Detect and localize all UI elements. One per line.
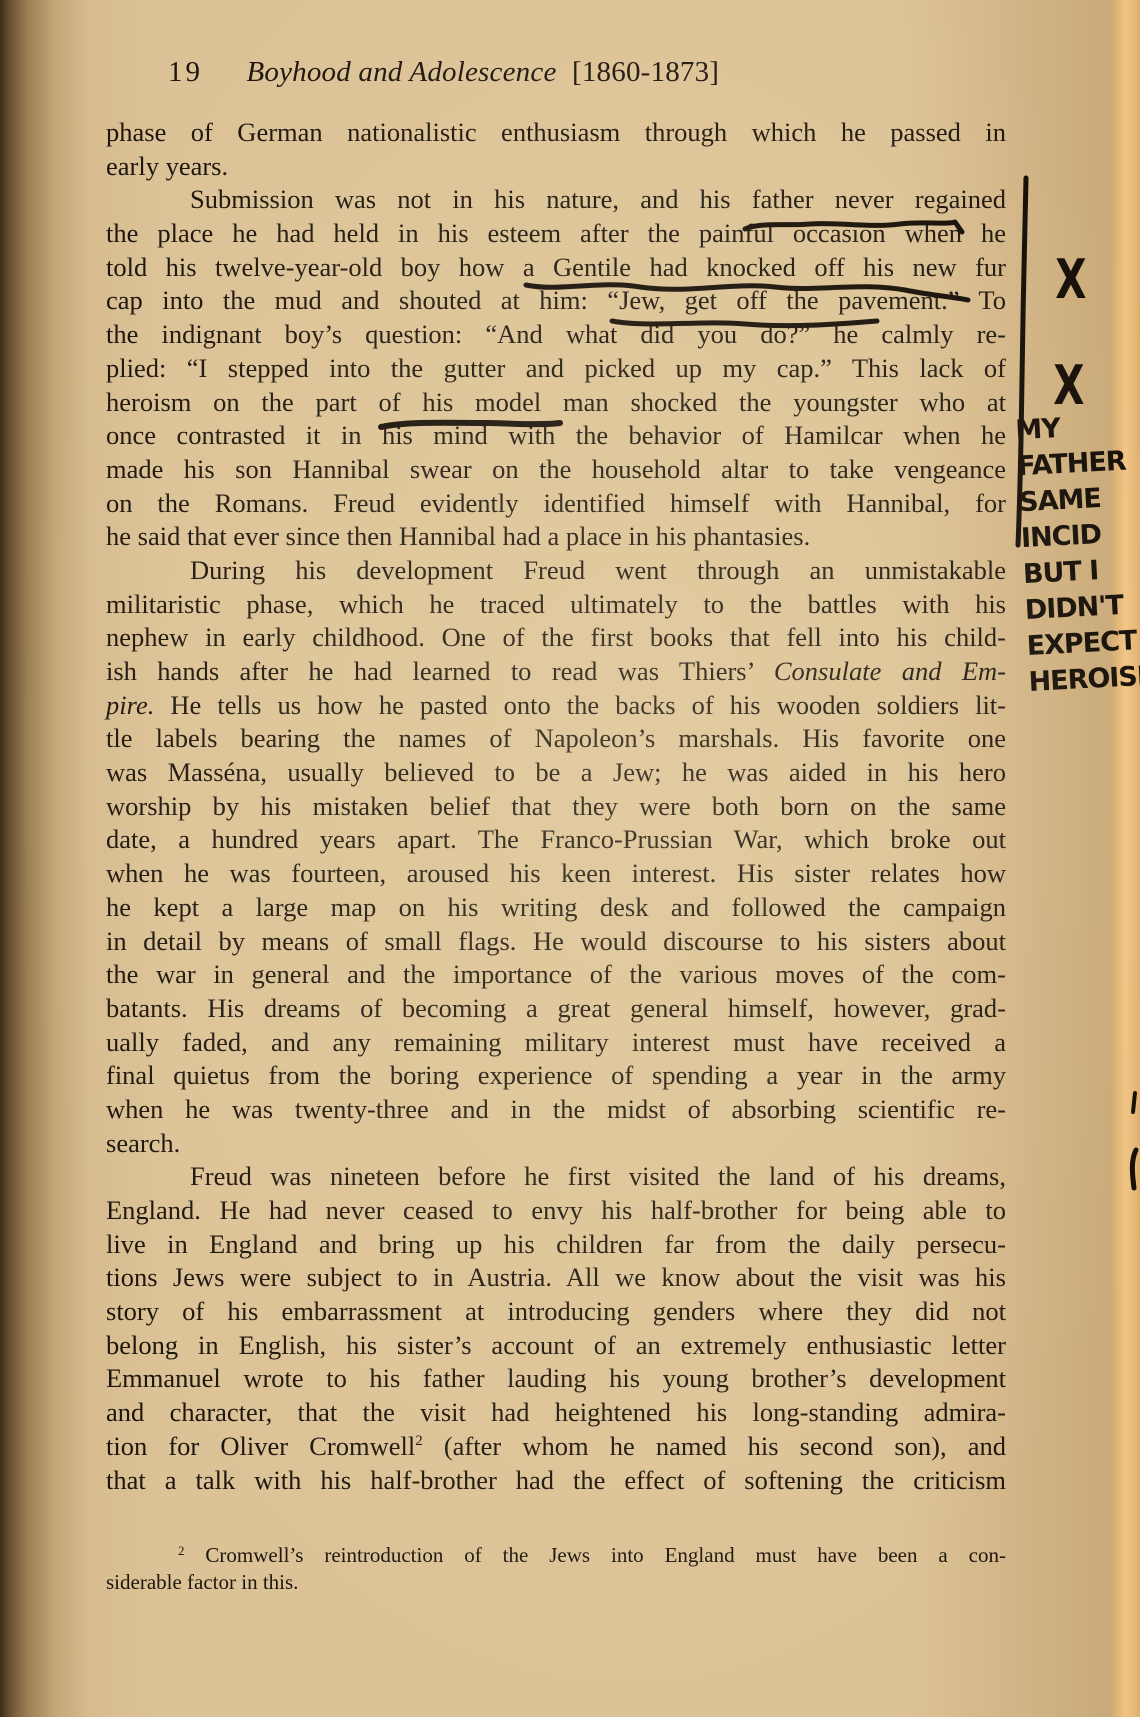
text-line: the indignant boy’s question: “And what … xyxy=(106,318,1006,352)
text-line: batants. His dreams of becoming a great … xyxy=(106,992,1006,1026)
text-line: the war in general and the importance of… xyxy=(106,958,1006,992)
note-line: HEROISM xyxy=(1028,659,1140,701)
text-line: when he was twenty-three and in the mids… xyxy=(106,1093,1006,1127)
margin-handwritten-note: MY FATHER SAME INCID BUT I DIDN'T EXPECT… xyxy=(1015,407,1140,701)
page-number: 19 xyxy=(168,56,203,88)
margin-x-mark: X xyxy=(1055,248,1086,311)
italic-title: Consulate and Em- xyxy=(774,656,1006,686)
text-line: plied: “I stepped into the gutter and pi… xyxy=(106,352,1006,386)
text-line: tle labels bearing the names of Napoleon… xyxy=(106,722,1006,756)
text-line: nephew in early childhood. One of the fi… xyxy=(106,621,1006,655)
note-line: EXPECT xyxy=(1026,623,1140,665)
text-line: on the Romans. Freud evidently identifie… xyxy=(106,487,1006,521)
text-line: and character, that the visit had height… xyxy=(106,1396,1006,1430)
text-line: made his son Hannibal swear on the house… xyxy=(106,453,1006,487)
book-page: 19 Boyhood and Adolescence [1860-1873] p… xyxy=(0,0,1140,1717)
text-line: cap into the mud and shouted at him: “Je… xyxy=(106,284,1006,318)
text-line: live in England and bring up his childre… xyxy=(106,1228,1006,1262)
footnote-line: siderable factor in this. xyxy=(106,1569,1006,1596)
text-line: Emmanuel wrote to his father lauding his… xyxy=(106,1362,1006,1396)
text-line: in detail by means of small flags. He wo… xyxy=(106,925,1006,959)
text-line: England. He had never ceased to envy his… xyxy=(106,1194,1006,1228)
text-line: early years. xyxy=(106,150,1006,184)
note-line: DIDN'T xyxy=(1024,587,1140,629)
text-line: tion for Oliver Cromwell2 (after whom he… xyxy=(106,1430,1006,1464)
margin-x-mark: X xyxy=(1053,354,1084,417)
text-line: belong in English, his sister’s account … xyxy=(106,1329,1006,1363)
text-line: heroism on the part of his model man sho… xyxy=(106,386,1006,420)
text-line: Submission was not in his nature, and hi… xyxy=(106,183,1006,217)
text-line: militaristic phase, which he traced ulti… xyxy=(106,588,1006,622)
text-line: worship by his mistaken belief that they… xyxy=(106,790,1006,824)
note-line: INCID xyxy=(1020,515,1140,557)
italic-title: pire. xyxy=(106,690,154,720)
text-line: ish hands after he had learned to read w… xyxy=(106,655,1006,689)
chapter-title: Boyhood and Adolescence xyxy=(246,56,556,88)
text-line: was Masséna, usually believed to be a Je… xyxy=(106,756,1006,790)
text-line: search. xyxy=(106,1127,1006,1161)
text-line: During his development Freud went throug… xyxy=(106,554,1006,588)
text-line: he kept a large map on his writing desk … xyxy=(106,891,1006,925)
footnote-line: 2 Cromwell’s reintroduction of the Jews … xyxy=(106,1542,1006,1569)
note-line: BUT I xyxy=(1022,551,1140,593)
text-line: tions Jews were subject to in Austria. A… xyxy=(106,1261,1006,1295)
text-line: when he was fourteen, aroused his keen i… xyxy=(106,857,1006,891)
chapter-dates: [1860-1873] xyxy=(572,56,719,88)
footnote-reference[interactable]: 2 xyxy=(415,1433,423,1449)
stray-pen-mark xyxy=(1132,1150,1136,1188)
text-line: that a talk with his half-brother had th… xyxy=(106,1464,1006,1498)
text-line: once contrasted it in his mind with the … xyxy=(106,419,1006,453)
text-line: date, a hundred years apart. The Franco-… xyxy=(106,823,1006,857)
stray-pen-mark xyxy=(1133,1093,1135,1112)
body-text: phase of German nationalistic enthusiasm… xyxy=(106,116,1006,1497)
text-line: ually faded, and any remaining military … xyxy=(106,1026,1006,1060)
text-line: he said that ever since then Hannibal ha… xyxy=(106,520,1006,554)
text-line: pire. He tells us how he pasted onto the… xyxy=(106,689,1006,723)
text-line: Freud was nineteen before he first visit… xyxy=(106,1160,1006,1194)
text-line: final quietus from the boring experience… xyxy=(106,1059,1006,1093)
text-line: the place he had held in his esteem afte… xyxy=(106,217,1006,251)
footnote: 2 Cromwell’s reintroduction of the Jews … xyxy=(106,1542,1006,1596)
text-line: phase of German nationalistic enthusiasm… xyxy=(106,116,1006,150)
text-line: story of his embarrassment at introducin… xyxy=(106,1295,1006,1329)
text-line: told his twelve-year-old boy how a Genti… xyxy=(106,251,1006,285)
note-line: FATHER xyxy=(1016,443,1138,485)
running-head: 19 Boyhood and Adolescence [1860-1873] xyxy=(168,56,719,89)
